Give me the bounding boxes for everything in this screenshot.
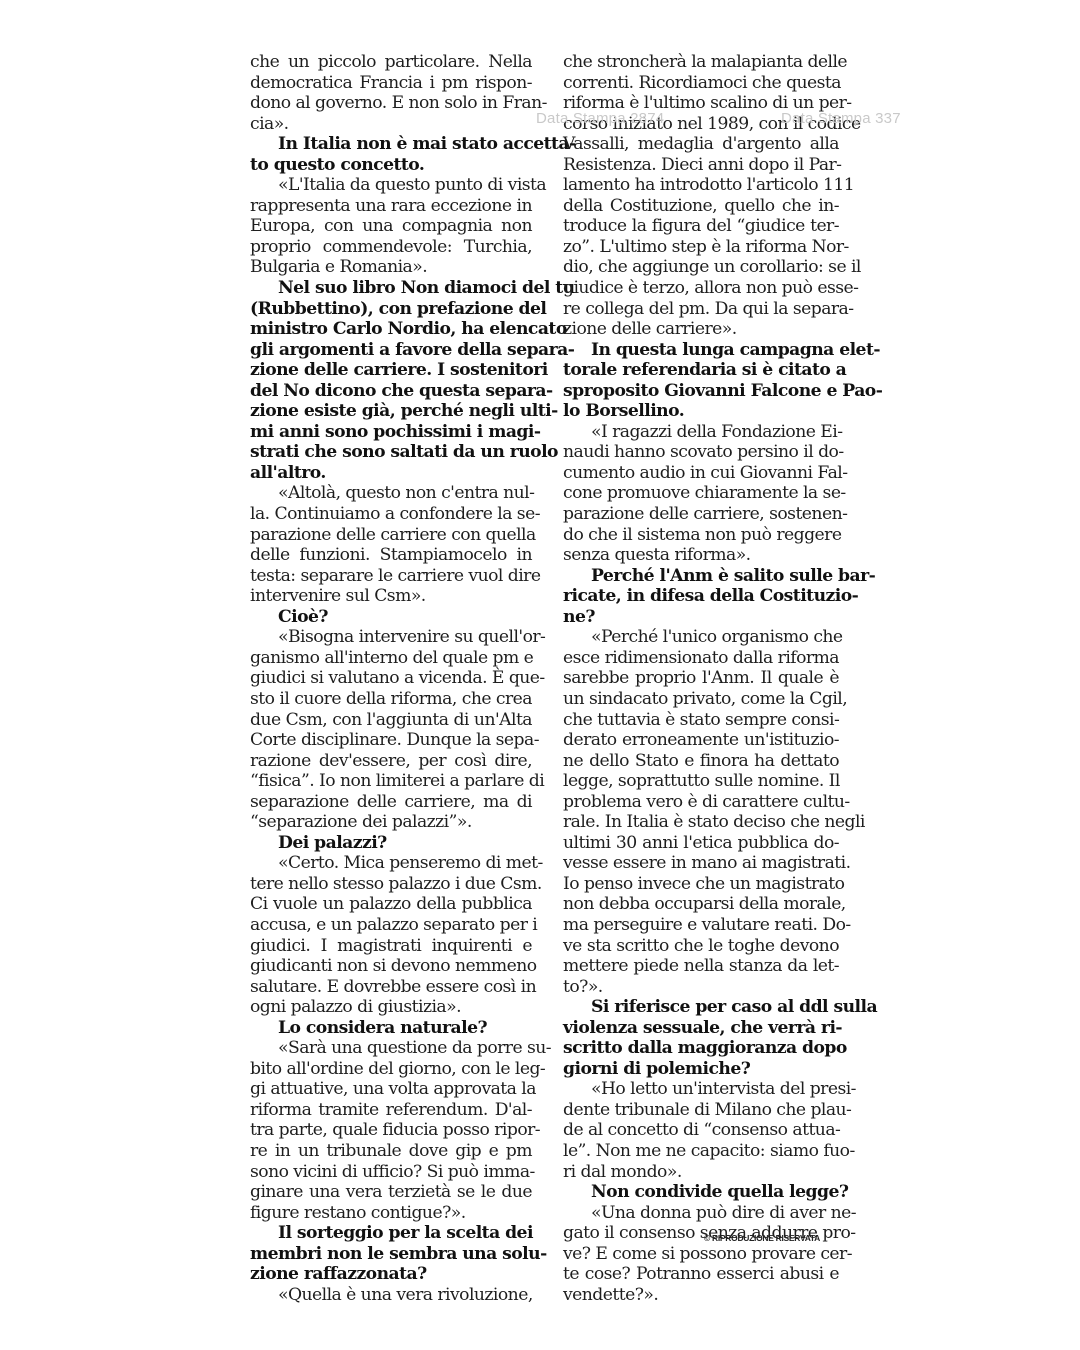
- interview-question-line: lo Borsellino.: [563, 401, 839, 422]
- article-text-line: «Sarà una questione da porre su-: [250, 1038, 532, 1059]
- article-text-line: «L'Italia da questo punto di vista: [250, 175, 532, 196]
- article-text-line: ve? E come si possono provare cer-: [563, 1244, 839, 1265]
- article-text-line: un sindacato privato, come la Cgil,: [563, 689, 839, 710]
- article-text-line: lamento ha introdotto l'articolo 111: [563, 175, 839, 196]
- article-text-line: separazione delle carriere, ma di: [250, 792, 532, 813]
- article-text-line: legge, soprattutto sulle nomine. Il: [563, 771, 839, 792]
- article-text-line: cia».: [250, 114, 532, 135]
- article-text-line: troduce la figura del “giudice ter-: [563, 216, 839, 237]
- article-text-line: la. Continuiamo a confondere la se-: [250, 504, 532, 525]
- article-text-line: riforma tramite referendum. D'al-: [250, 1100, 532, 1121]
- interview-question-line: torale referendaria si è citato a: [563, 360, 839, 381]
- article-text-line: tere nello stesso palazzo i due Csm.: [250, 874, 532, 895]
- interview-question-line: giorni di polemiche?: [563, 1059, 839, 1080]
- article-text-line: correnti. Ricordiamoci che questa: [563, 73, 839, 94]
- article-text-line: esce ridimensionato dalla riforma: [563, 648, 839, 669]
- article-text-line: riforma è l'ultimo scalino di un per-: [563, 93, 839, 114]
- article-text-line: do che il sistema non può reggere: [563, 525, 839, 546]
- article-text-line: bito all'ordine del giorno, con le leg-: [250, 1059, 532, 1080]
- article-text-line: delle funzioni. Stampiamocelo in: [250, 545, 532, 566]
- article-text-line: ogni palazzo di giustizia».: [250, 997, 532, 1018]
- article-text-line: Resistenza. Dieci anni dopo il Par-: [563, 155, 839, 176]
- article-text-line: zione delle carriere».: [563, 319, 839, 340]
- interview-question-line: ricate, in difesa della Costituzio-: [563, 586, 839, 607]
- interview-question-line: Perché l'Anm è salito sulle bar-: [563, 566, 839, 587]
- interview-question-line: zione raffazzonata?: [250, 1264, 532, 1285]
- article-text-line: accusa, e un palazzo separato per i: [250, 915, 532, 936]
- article-text-line: zo”. L'ultimo step è la riforma Nor-: [563, 237, 839, 258]
- article-text-line: «Perché l'unico organismo che: [563, 627, 839, 648]
- article-text-line: ve sta scritto che le toghe devono: [563, 936, 839, 957]
- interview-question-line: Nel suo libro Non diamoci del tu: [250, 278, 532, 299]
- article-text-line: «Ho letto un'intervista del presi-: [563, 1079, 839, 1100]
- article-text-line: Ci vuole un palazzo della pubblica: [250, 894, 532, 915]
- article-text-line: ma perseguire e valutare reati. Do-: [563, 915, 839, 936]
- interview-question-line: mi anni sono pochissimi i magi-: [250, 422, 532, 443]
- article-text-line: due Csm, con l'aggiunta di un'Alta: [250, 710, 532, 731]
- article-text-line: “fisica”. Io non limiterei a parlare di: [250, 771, 532, 792]
- article-text-line: «Quella è una vera rivoluzione,: [250, 1285, 532, 1306]
- article-text-line: che un piccolo particolare. Nella: [250, 52, 532, 73]
- article-text-line: to?».: [563, 977, 839, 998]
- article-text-line: cumento audio in cui Giovanni Fal-: [563, 463, 839, 484]
- article-text-line: ganismo all'interno del quale pm e: [250, 648, 532, 669]
- article-text-line: razione dev'essere, per così dire,: [250, 751, 532, 772]
- article-text-line: che stroncherà la malapianta delle: [563, 52, 839, 73]
- article-text-line: cone promuove chiaramente la se-: [563, 483, 839, 504]
- article-text-line: giudice è terzo, allora non può esse-: [563, 278, 839, 299]
- interview-question-line: Non condivide quella legge?: [563, 1182, 839, 1203]
- article-text-line: parazione delle carriere con quella: [250, 525, 532, 546]
- article-text-line: Bulgaria e Romania».: [250, 257, 532, 278]
- article-text-line: de al concetto di “consenso attua-: [563, 1120, 839, 1141]
- interview-question-line: gli argomenti a favore della separa-: [250, 340, 532, 361]
- interview-question-line: In questa lunga campagna elet-: [563, 340, 839, 361]
- interview-question-line: violenza sessuale, che verrà ri-: [563, 1018, 839, 1039]
- article-text-line: re collega del pm. Da qui la separa-: [563, 299, 839, 320]
- article-text-line: rappresenta una rara eccezione in: [250, 196, 532, 217]
- interview-question-line: ministro Carlo Nordio, ha elencato: [250, 319, 532, 340]
- article-text-line: tra parte, quale fiducia posso ripor-: [250, 1120, 532, 1141]
- interview-question-line: membri non le sembra una solu-: [250, 1244, 532, 1265]
- article-text-line: «Altolà, questo non c'entra nul-: [250, 483, 532, 504]
- article-text-line: figure restano contigue?».: [250, 1203, 532, 1224]
- article-column-right: che stroncherà la malapianta dellecorren…: [563, 52, 839, 1305]
- article-text-line: derato erroneamente un'istituzio-: [563, 730, 839, 751]
- interview-question-line: strati che sono saltati da un ruolo: [250, 442, 532, 463]
- interview-question-line: Lo considera naturale?: [250, 1018, 532, 1039]
- article-text-line: Corte disciplinare. Dunque la sepa-: [250, 730, 532, 751]
- article-text-line: naudi hanno scovato persino il do-: [563, 442, 839, 463]
- article-text-line: giudici si valutano a vicenda. È que-: [250, 668, 532, 689]
- newspaper-page: che un piccolo particolare. Nellademocra…: [0, 0, 1080, 1350]
- interview-question-line: del No dicono che questa separa-: [250, 381, 532, 402]
- article-text-line: parazione delle carriere, sostenen-: [563, 504, 839, 525]
- article-text-line: non debba occuparsi della morale,: [563, 894, 839, 915]
- interview-question-line: Il sorteggio per la scelta dei: [250, 1223, 532, 1244]
- article-text-line: sono vicini di ufficio? Si può imma-: [250, 1162, 532, 1183]
- article-text-line: intervenire sul Csm».: [250, 586, 532, 607]
- interview-question-line: sproposito Giovanni Falcone e Pao-: [563, 381, 839, 402]
- article-text-line: «Una donna può dire di aver ne-: [563, 1203, 839, 1224]
- article-text-line: testa: separare le carriere vuol dire: [250, 566, 532, 587]
- article-text-line: giudicanti non si devono nemmeno: [250, 956, 532, 977]
- article-text-line: giudici. I magistrati inquirenti e: [250, 936, 532, 957]
- article-text-line: le”. Non me ne capacito: siamo fuo-: [563, 1141, 839, 1162]
- article-text-line: che tuttavia è stato sempre consi-: [563, 710, 839, 731]
- interview-question-line: In Italia non è mai stato accetta-: [250, 134, 532, 155]
- article-text-line: vendette?».: [563, 1285, 839, 1306]
- interview-question-line: Cioè?: [250, 607, 532, 628]
- interview-question-line: scritto dalla maggioranza dopo: [563, 1038, 839, 1059]
- interview-question-line: zione esiste già, perché negli ulti-: [250, 401, 532, 422]
- article-text-line: rale. In Italia è stato deciso che negli: [563, 812, 839, 833]
- article-text-line: Vassalli, medaglia d'argento alla: [563, 134, 839, 155]
- article-text-line: democratica Francia i pm rispon-: [250, 73, 532, 94]
- interview-question-line: Dei palazzi?: [250, 833, 532, 854]
- article-text-line: gi attuative, una volta approvata la: [250, 1079, 532, 1100]
- article-text-line: «Bisogna intervenire su quell'or-: [250, 627, 532, 648]
- article-text-line: ginare una vera terzietà se le due: [250, 1182, 532, 1203]
- article-text-line: «Certo. Mica penseremo di met-: [250, 853, 532, 874]
- interview-question-line: ne?: [563, 607, 839, 628]
- article-text-line: ultimi 30 anni l'etica pubblica do-: [563, 833, 839, 854]
- article-text-line: proprio commendevole: Turchia,: [250, 237, 532, 258]
- article-column-left: che un piccolo particolare. Nellademocra…: [250, 52, 532, 1305]
- article-text-line: senza questa riforma».: [563, 545, 839, 566]
- article-text-line: dio, che aggiunge un corollario: se il: [563, 257, 839, 278]
- article-text-line: della Costituzione, quello che in-: [563, 196, 839, 217]
- interview-question-line: zione delle carriere. I sostenitori: [250, 360, 532, 381]
- interview-question-line: to questo concetto.: [250, 155, 532, 176]
- article-text-line: ri dal mondo».: [563, 1162, 839, 1183]
- article-text-line: “separazione dei palazzi”».: [250, 812, 532, 833]
- article-text-line: mettere piede nella stanza da let-: [563, 956, 839, 977]
- article-text-line: vesse essere in mano ai magistrati.: [563, 853, 839, 874]
- article-text-line: dente tribunale di Milano che plau-: [563, 1100, 839, 1121]
- article-text-line: te cose? Potranno esserci abusi e: [563, 1264, 839, 1285]
- article-text-line: corso iniziato nel 1989, con il codice: [563, 114, 839, 135]
- article-text-line: Europa, con una compagnia non: [250, 216, 532, 237]
- interview-question-line: (Rubbettino), con prefazione del: [250, 299, 532, 320]
- copyright-notice: © RIPRODUZIONE RISERVATA: [704, 1233, 820, 1243]
- article-text-line: Io penso invece che un magistrato: [563, 874, 839, 895]
- article-text-line: dono al governo. E non solo in Fran-: [250, 93, 532, 114]
- article-text-line: sarebbe proprio l'Anm. Il quale è: [563, 668, 839, 689]
- article-text-line: problema vero è di carattere cultu-: [563, 792, 839, 813]
- article-text-line: «I ragazzi della Fondazione Ei-: [563, 422, 839, 443]
- interview-question-line: all'altro.: [250, 463, 532, 484]
- article-text-line: sto il cuore della riforma, che crea: [250, 689, 532, 710]
- article-text-line: ne dello Stato e finora ha dettato: [563, 751, 839, 772]
- article-text-line: re in un tribunale dove gip e pm: [250, 1141, 532, 1162]
- interview-question-line: Si riferisce per caso al ddl sulla: [563, 997, 839, 1018]
- article-text-line: salutare. E dovrebbe essere così in: [250, 977, 532, 998]
